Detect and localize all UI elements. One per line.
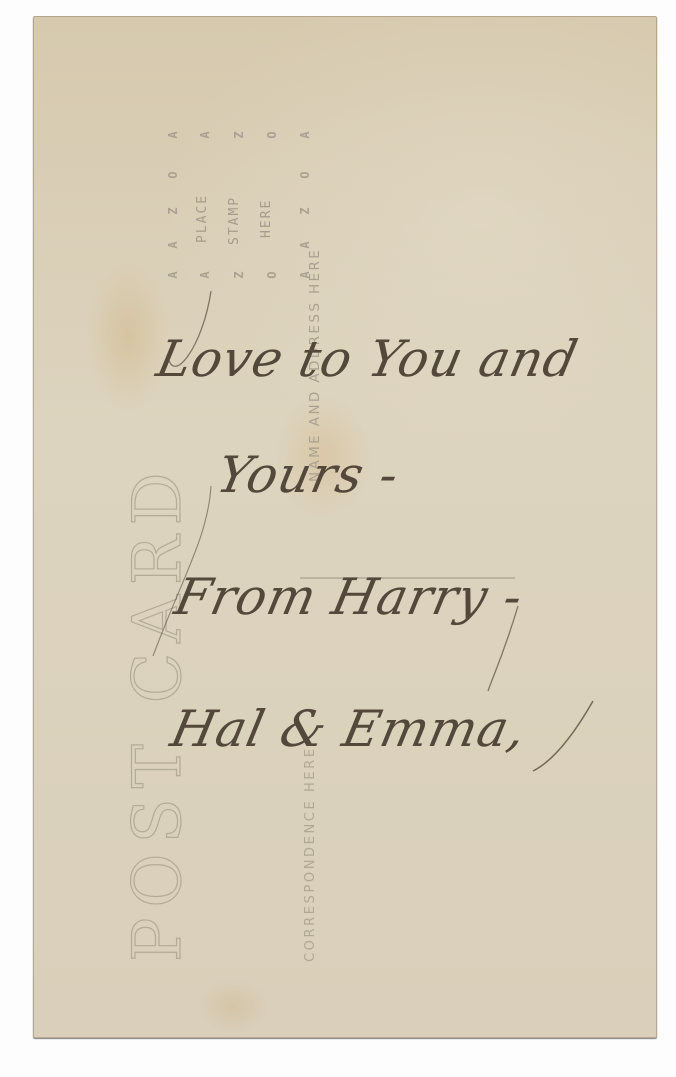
stamp-frame-letter: Z: [298, 204, 312, 218]
message-line-2: Yours -: [212, 446, 405, 504]
stamp-box: A A Z O A O Z A O Z A A A Z O A PLACE ST…: [158, 128, 318, 298]
stamp-frame-letter: Z: [232, 128, 246, 142]
stamp-frame-letter: O: [265, 268, 279, 282]
stamp-frame-letter: A: [166, 238, 180, 252]
stamp-frame-letter: A: [198, 128, 212, 142]
stamp-word-place: PLACE: [195, 194, 210, 243]
postcard-back: A A Z O A O Z A O Z A A A Z O A PLACE ST…: [33, 16, 657, 1038]
stamp-frame-letter: Z: [232, 268, 246, 282]
stamp-frame-letter: A: [166, 268, 180, 282]
stamp-word-here: HERE: [259, 199, 274, 238]
message-line-4: Hal & Emma,: [166, 700, 532, 758]
stamp-frame-letter: O: [298, 168, 312, 182]
stamp-frame-letter: A: [166, 128, 180, 142]
stamp-frame-letter: O: [166, 168, 180, 182]
stamp-word-stamp: STAMP: [227, 196, 242, 245]
stamp-frame-letter: A: [198, 268, 212, 282]
message-line-3: From Harry -: [170, 568, 529, 626]
stamp-frame-letter: Z: [166, 204, 180, 218]
stamp-frame-letter: O: [265, 128, 279, 142]
correspondence-area-label: CORRESPONDENCE HERE: [303, 746, 318, 962]
stamp-frame-letter: A: [298, 128, 312, 142]
message-line-1: Love to You and: [152, 330, 583, 388]
